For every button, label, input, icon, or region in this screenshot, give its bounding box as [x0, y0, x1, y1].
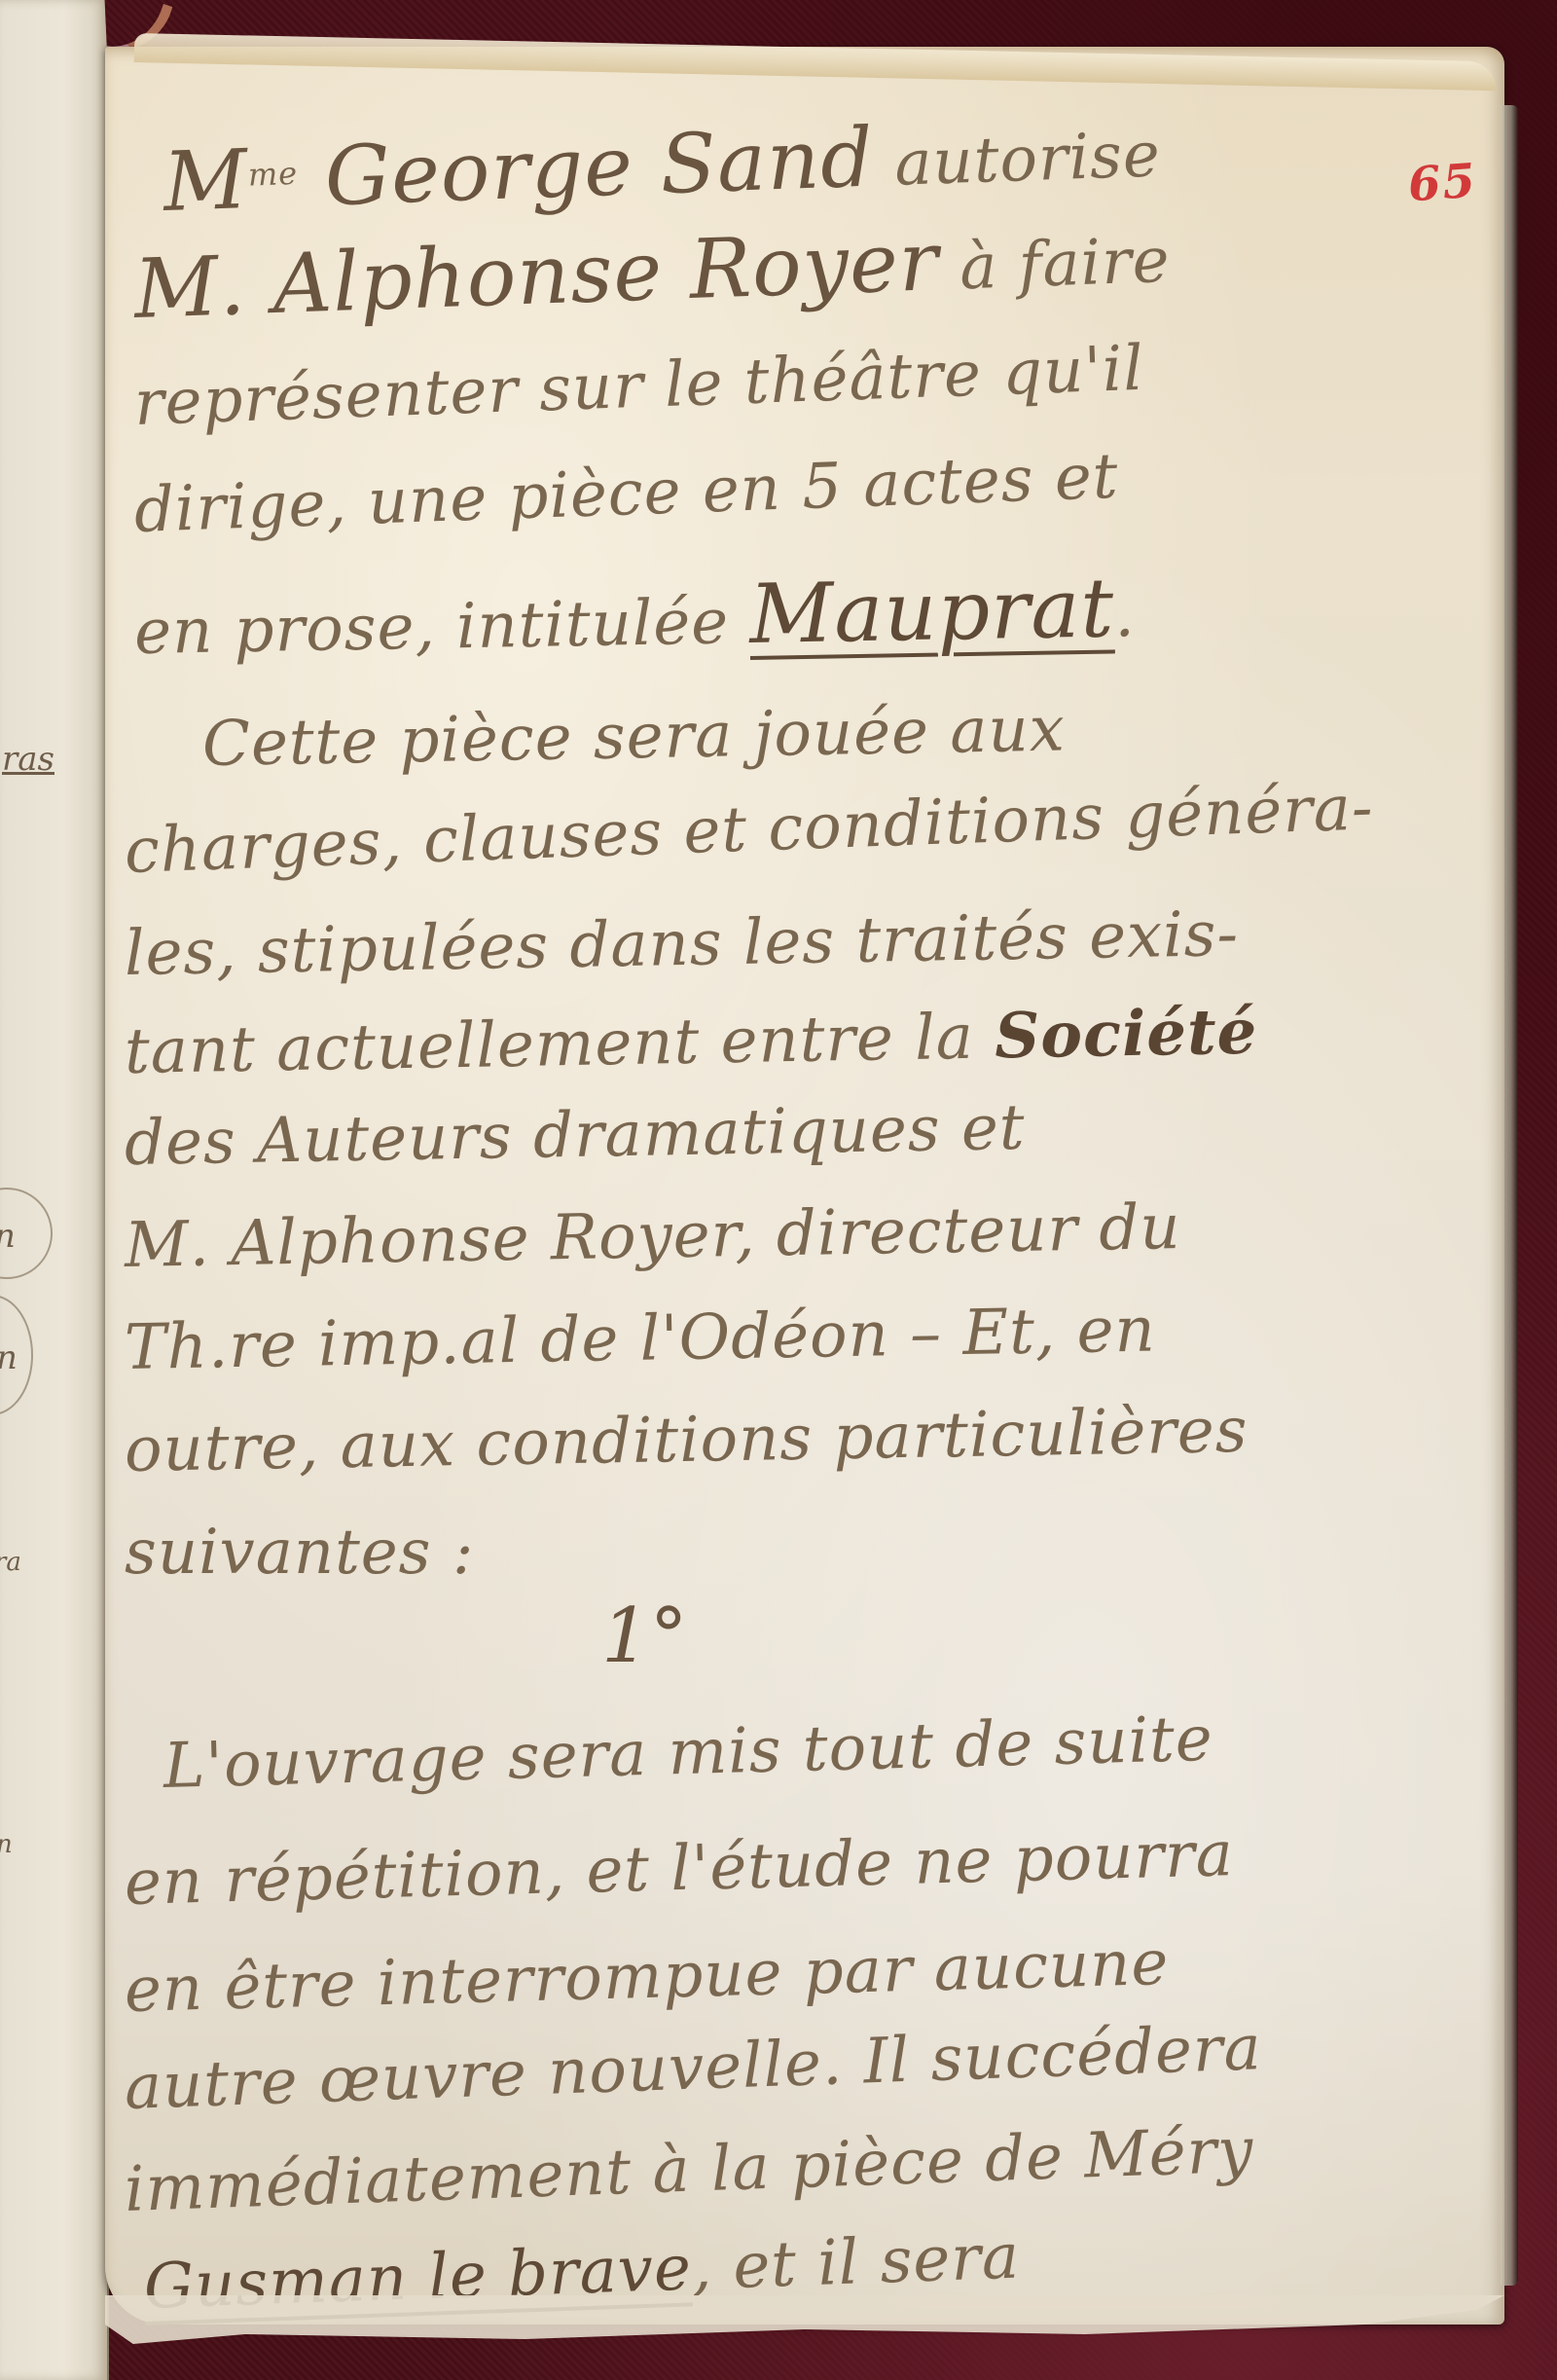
manuscript-line: les, stipulées dans les traités exis- [124, 898, 1239, 990]
manuscript-line: en répétition, et l'étude ne pourra [124, 1818, 1235, 1920]
manuscript-line: charges, clauses et conditions généra- [124, 772, 1375, 888]
manuscript-line: représenter sur le théâtre qu'il [133, 333, 1145, 440]
manuscript-line: tant actuellement entre la Société [124, 996, 1258, 1088]
margin-fragment: ras [2, 740, 54, 779]
manuscript-line: autre œuvre nouvelle. Il succédera [124, 2012, 1263, 2124]
margin-circle [0, 1295, 33, 1415]
page-torn-edge [105, 2295, 1504, 2344]
margin-fragment: ra [0, 1548, 21, 1577]
societe-word: Société [994, 996, 1257, 1074]
manuscript-line: dirige, une pièce en 5 actes et [133, 441, 1120, 547]
margin-circle [0, 1188, 53, 1279]
manuscript-line: L'ouvrage sera mis tout de suite [163, 1703, 1214, 1803]
manuscript-line: outre, aux conditions particulières [124, 1395, 1249, 1486]
title-mauprat: Mauprat [748, 560, 1115, 662]
manuscript-line: Cette pièce sera jouée aux [201, 694, 1066, 781]
manuscript-line: des Auteurs dramatiques et [124, 1092, 1026, 1180]
manuscript-line: immédiatement à la pièce de Méry [124, 2115, 1255, 2226]
manuscript-line: en prose, intitulée Mauprat. [133, 560, 1136, 673]
manuscript-line: en être interrompue par aucune [124, 1927, 1170, 2027]
manuscript-page: 65 Mme George Sand autorise M. Alphonse … [105, 47, 1504, 2325]
left-page: ras n n ra n [0, 0, 109, 2380]
manuscript-line: M. Alphonse Royer, directeur du [124, 1191, 1181, 1282]
manuscript-text: Mme George Sand autorise M. Alphonse Roy… [105, 47, 1504, 2325]
margin-fragment: n [0, 1830, 13, 1859]
manuscript-line: Th.re imp.al de l'Odéon – Et, en [124, 1295, 1156, 1384]
manuscript-line: suivantes : [125, 1517, 474, 1589]
article-number: 1° [601, 1593, 688, 1680]
